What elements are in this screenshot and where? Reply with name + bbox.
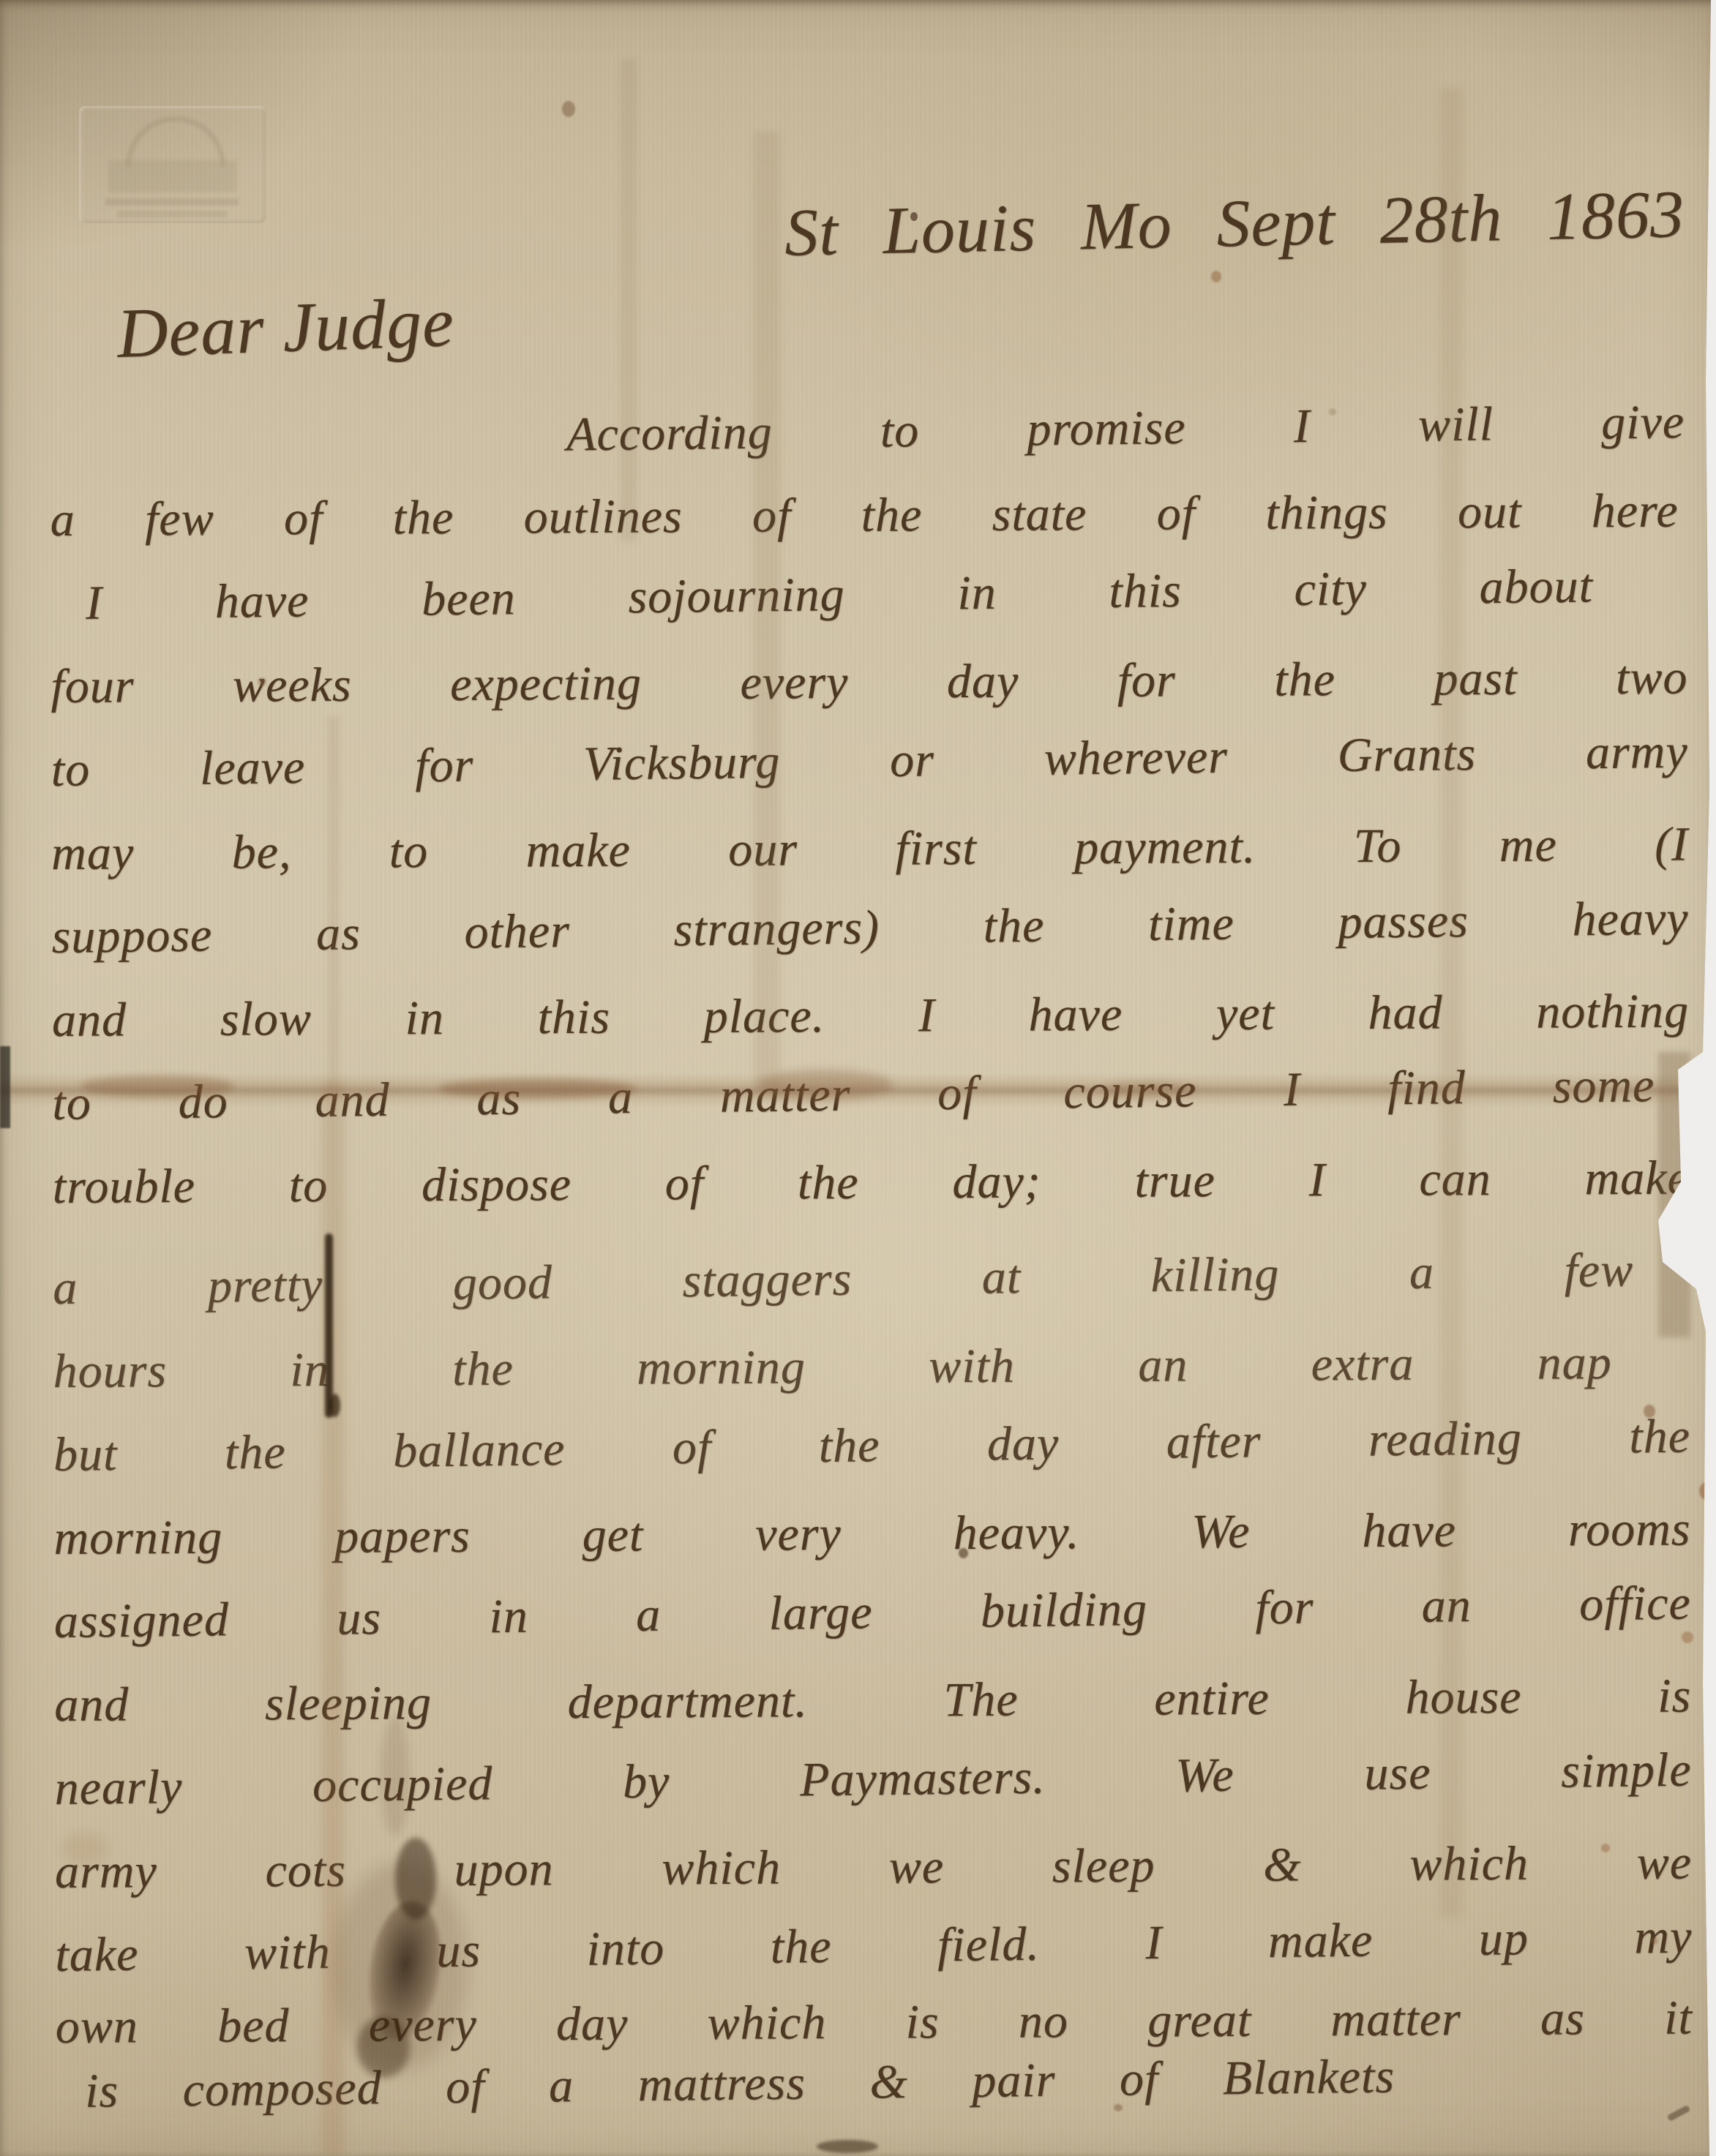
seal-building-shape	[108, 160, 237, 192]
letter-line: but the ballance of the day after readin…	[53, 1395, 1690, 1497]
letter-line: is composed of a mattress & pair of Blan…	[84, 2035, 1395, 2133]
letter-dateline: St Louis Mo Sept 28th 1863	[784, 175, 1685, 271]
scanned-letter: St Louis Mo Sept 28th 1863 Dear Judge Ac…	[0, 0, 1716, 2156]
letter-line: a pretty good staggers at killing a few	[53, 1228, 1634, 1329]
embossed-stationer-seal-icon	[79, 106, 266, 223]
stain-dot	[1211, 271, 1221, 282]
letter-salutation: Dear Judge	[116, 281, 455, 374]
letter-line: assigned us in a large building for an o…	[53, 1562, 1691, 1664]
letter-page: St Louis Mo Sept 28th 1863 Dear Judge Ac…	[0, 0, 1716, 2156]
stain-dot	[562, 101, 575, 117]
letter-body: According to promise I will give a few o…	[50, 389, 1695, 2133]
seal-dome-shape	[126, 116, 225, 167]
letter-line: I have been sojourning in this city abou…	[85, 544, 1593, 645]
bottom-smudge	[817, 2140, 878, 2153]
edge-notch-shadow	[0, 1046, 10, 1128]
letter-line: trouble to dispose of the day; true I ca…	[52, 1137, 1690, 1229]
letter-line: to do and as a matter of course I find s…	[52, 1044, 1655, 1146]
letter-line: suppose as other strangers) the time pas…	[51, 877, 1689, 979]
seal-text-line	[105, 198, 239, 206]
letter-line: to leave for Vicksburg or wherever Grant…	[50, 710, 1688, 812]
letter-line: According to promise I will give	[566, 380, 1685, 476]
seal-text-line	[117, 211, 227, 217]
letter-line: nearly occupied by Paymasters. We use si…	[54, 1729, 1692, 1830]
stain-dot	[1699, 1482, 1714, 1500]
